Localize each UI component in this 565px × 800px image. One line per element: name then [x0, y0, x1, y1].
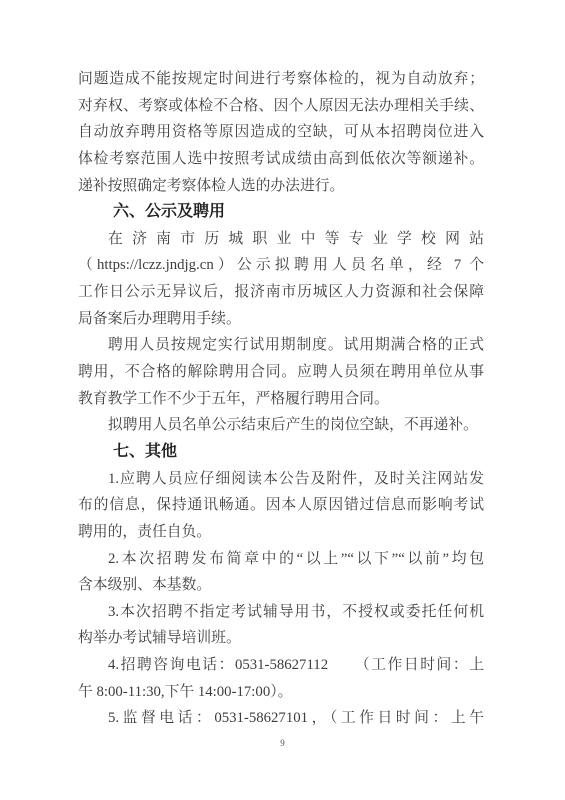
- text-line: 聘用，不合格的解除聘用合同。应聘人员须在聘用单位从事: [78, 359, 484, 386]
- text-line: 教育教学工作不少于五年，严格履行聘用合同。: [78, 386, 484, 413]
- text-line-phone: 4.招聘咨询电话：0531-58627112 （工作日时间：上: [78, 652, 484, 679]
- text-line: 3.本次招聘不指定考试辅导用书，不授权或委托任何机: [78, 599, 484, 626]
- page-number: 9: [0, 738, 565, 748]
- text-line: 递补按照确定考察体检人选的办法进行。: [78, 173, 484, 200]
- text-line: 工作日公示无异议后，报济南市历城区人力资源和社会保障: [78, 279, 484, 306]
- text-line-phone-hours: 午 8:00-11:30,下午 14:00-17:00）。: [78, 679, 484, 706]
- text-line-url: （https://lczz.jndjg.cn）公示拟聘用人员名单，经 7 个: [78, 252, 484, 279]
- text-line: 拟聘用人员名单公示结束后产生的岗位空缺，不再递补。: [78, 412, 484, 439]
- text-line-phone: 5.监督电话：0531-58627101，（工作日时间：上午: [78, 705, 484, 732]
- text-line: 对弃权、考察或体检不合格、因个人原因无法办理相关手续、: [78, 93, 484, 120]
- text-line: 自动放弃聘用资格等原因造成的空缺，可从本招聘岗位进入: [78, 119, 484, 146]
- text-line: 1.应聘人员应仔细阅读本公告及附件，及时关注网站发: [78, 466, 484, 493]
- text-line: 在济南市历城职业中等专业学校网站: [78, 226, 484, 253]
- text-line: 聘用的，责任自负。: [78, 519, 484, 546]
- text-line: 局备案后办理聘用手续。: [78, 306, 484, 333]
- document-page: 问题造成不能按规定时间进行考察体检的，视为自动放弃； 对弃权、考察或体检不合格、…: [0, 0, 565, 800]
- text-line: 体检考察范围人选中按照考试成绩由高到低依次等额递补。: [78, 146, 484, 173]
- text-line: 问题造成不能按规定时间进行考察体检的，视为自动放弃；: [78, 66, 484, 93]
- text-line: 构举办考试辅导培训班。: [78, 625, 484, 652]
- section-heading-six: 六、公示及聘用: [78, 199, 484, 226]
- section-heading-seven: 七、其他: [78, 439, 484, 466]
- document-body: 问题造成不能按规定时间进行考察体检的，视为自动放弃； 对弃权、考察或体检不合格、…: [78, 66, 484, 732]
- text-line: 布的信息，保持通讯畅通。因本人原因错过信息而影响考试: [78, 492, 484, 519]
- text-line: 2.本次招聘发布简章中的“以上”“以下”“以前”均包: [78, 546, 484, 573]
- text-line: 含本级别、本基数。: [78, 572, 484, 599]
- text-line: 聘用人员按规定实行试用期制度。试用期满合格的正式: [78, 332, 484, 359]
